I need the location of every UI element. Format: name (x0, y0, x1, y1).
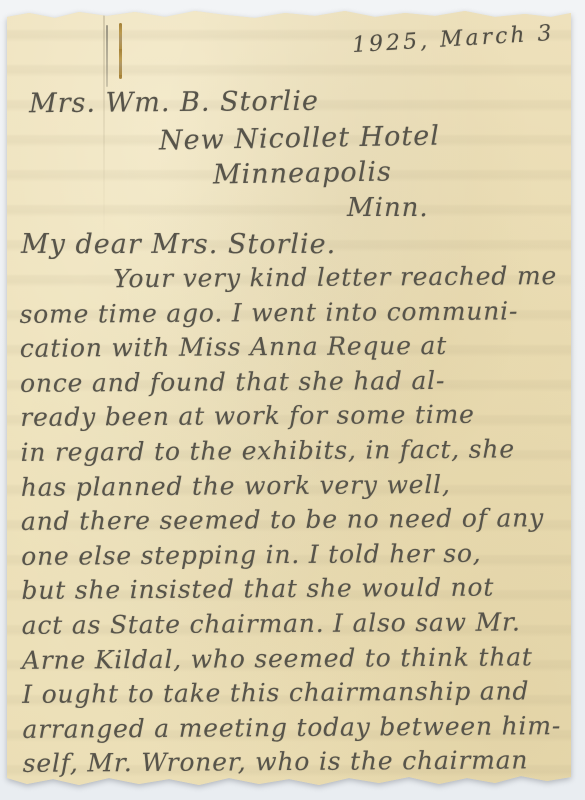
body-line: once and found that she had al- (20, 363, 560, 401)
letter-paper-sheet: 1925, March 3 Mrs. Wm. B. Storlie New Ni… (7, 9, 571, 788)
scanned-letter-page: 1925, March 3 Mrs. Wm. B. Storlie New Ni… (0, 0, 585, 800)
body-line: some time ago. I went into communi- (19, 294, 559, 332)
paper-crease (103, 9, 105, 249)
body-line: has planned the work very well, (21, 467, 561, 505)
body-line: ready been at work for some time (20, 397, 560, 435)
body-line: I ought to take this chairmanship and (22, 674, 562, 712)
body-line: but she insisted that she would not (21, 570, 561, 608)
letter-date: 1925, March 3 (352, 21, 556, 58)
recipient-hotel: New Nicollet Hotel (159, 121, 440, 157)
recipient-state: Minn. (347, 193, 429, 223)
body-line: cation with Miss Anna Reque at (20, 328, 560, 366)
body-line: act as State chairman. I also saw Mr. (22, 605, 562, 643)
recipient-city: Minneapolis (213, 156, 392, 190)
body-line: Your very kind letter reached me (19, 259, 559, 297)
letter-body: Your very kind letter reached me some ti… (19, 259, 563, 782)
salutation: My dear Mrs. Storlie. (21, 229, 336, 260)
body-line: in regard to the exhibits, in fact, she (20, 432, 560, 470)
rust-stain-mark (119, 23, 122, 79)
recipient-name: Mrs. Wm. B. Storlie (29, 86, 319, 120)
staple-mark (106, 25, 108, 87)
body-line: one else stepping in. I told her so, (21, 536, 561, 574)
body-line: arranged a meeting today between him- (22, 709, 562, 747)
body-line: and there seemed to be no need of any (21, 501, 561, 539)
body-line: self, Mr. Wroner, who is the chairman (23, 743, 563, 781)
paper-surface: 1925, March 3 Mrs. Wm. B. Storlie New Ni… (7, 9, 571, 788)
body-line: Arne Kildal, who seemed to think that (22, 640, 562, 678)
